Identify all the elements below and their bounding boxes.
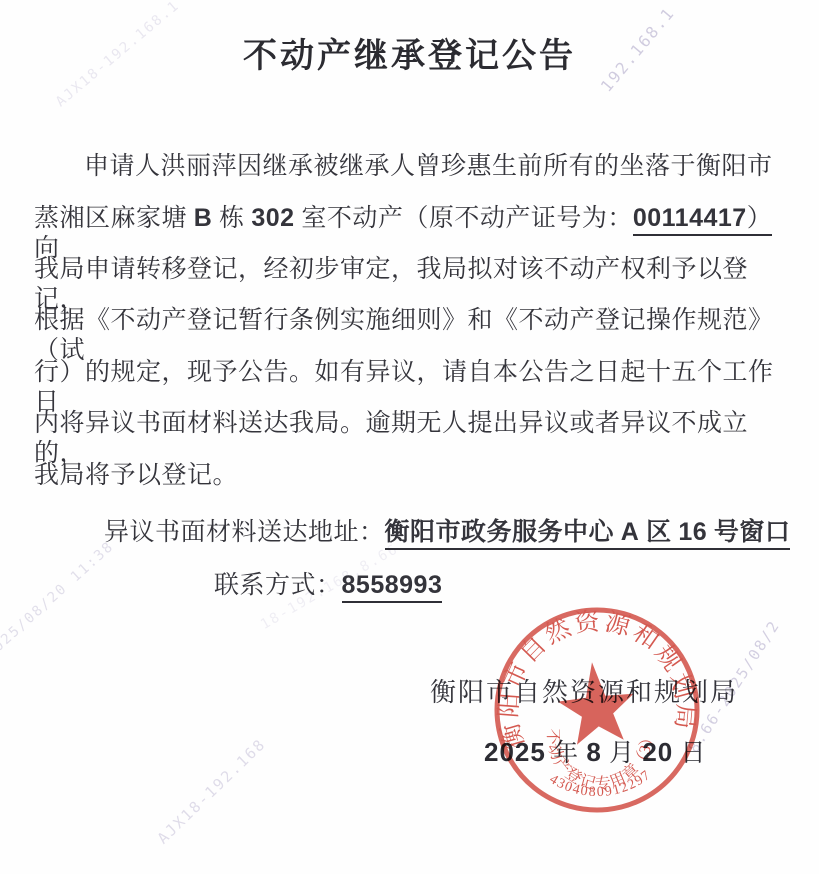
paragraph-line: 我局将予以登记。 bbox=[34, 461, 789, 491]
contact-line: 联系方式：8558993 bbox=[214, 570, 442, 601]
official-seal: 衡阳市自然资源和规划局 不动产登记专用章（3） 4304080912297 bbox=[465, 578, 729, 842]
announcement-document: AJX18-192.168.1 192.168.1 8.66-2025/08/2… bbox=[0, 0, 819, 874]
certificate-number: 00114417 bbox=[633, 204, 747, 232]
address-label: 异议书面材料送达地址： bbox=[104, 519, 385, 546]
watermark-fragment: AJX18-192.168 bbox=[154, 735, 270, 848]
line2-mid2: 室不动产（原不动产证号为： bbox=[295, 205, 633, 232]
close-paren: ） bbox=[747, 205, 773, 232]
star-icon bbox=[554, 658, 638, 746]
zone-letter: A bbox=[621, 518, 640, 546]
address-line: 异议书面材料送达地址：衡阳市政务服务中心 A 区 16 号窗口 bbox=[34, 517, 819, 548]
watermark-fragment: 2025/08/20 11:38 bbox=[0, 538, 117, 662]
paragraph-line: 根据《不动产登记暂行条例实施细则》和《不动产登记操作规范》（试 bbox=[34, 306, 789, 366]
certificate-number-underline: 00114417） bbox=[633, 205, 772, 236]
paragraph-line: 内将异议书面材料送达我局。逾期无人提出异议或者异议不成立的， bbox=[34, 409, 789, 469]
line2-pre: 蒸湘区麻家塘 bbox=[34, 205, 194, 232]
line2-mid1: 栋 bbox=[212, 205, 251, 232]
contact-label: 联系方式： bbox=[214, 572, 342, 599]
building-letter: B bbox=[194, 204, 213, 232]
page-title: 不动产继承登记公告 bbox=[0, 28, 819, 77]
window-number: 16 bbox=[678, 518, 707, 546]
phone-number: 8558993 bbox=[342, 571, 443, 599]
address-value: 衡阳市政务服务中心 A 区 16 号窗口 bbox=[385, 519, 791, 550]
room-number: 302 bbox=[251, 204, 294, 232]
contact-underline: 8558993 bbox=[342, 572, 443, 603]
paragraph-line: 申请人洪丽萍因继承被继承人曾珍惠生前所有的坐落于衡阳市 bbox=[34, 152, 819, 182]
